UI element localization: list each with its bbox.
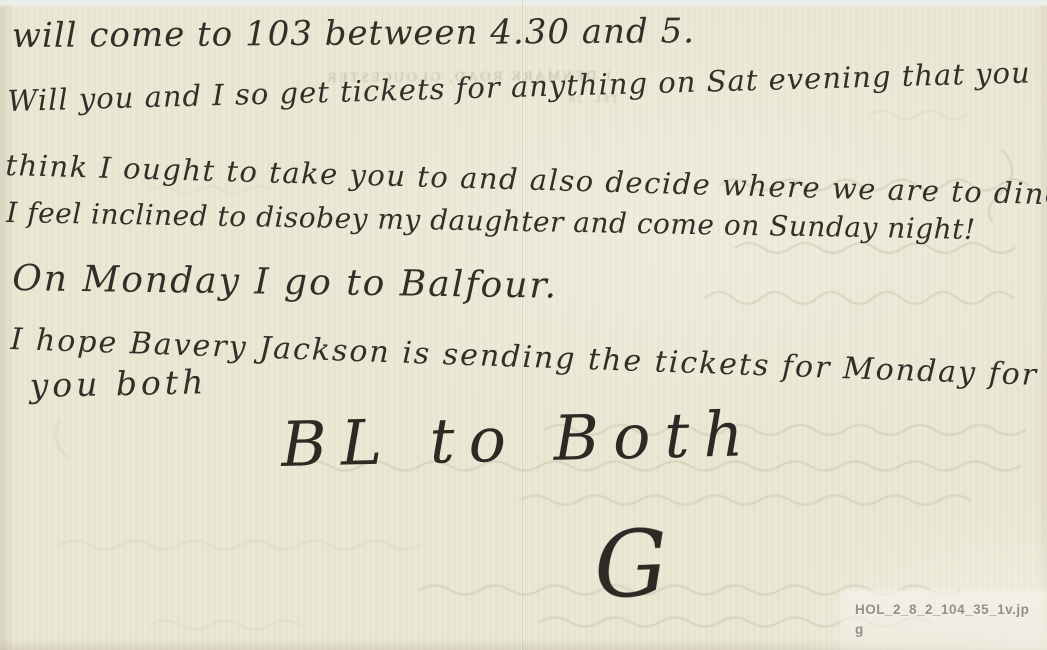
handwritten-line: you both [29, 362, 208, 405]
signoff-line: BL to Both [280, 397, 758, 481]
letter-scan-page: 1 DENMARK ROAD, GLOUCESTER TEL. 28 will … [0, 0, 1047, 650]
signature-initial: G [592, 510, 669, 619]
filename-overlay: HOL_2_8_2_104_35_1v.jpg [855, 600, 1035, 641]
handwritten-line: will come to 103 between 4.30 and 5. [12, 11, 695, 56]
handwritten-line: On Monday I go to Balfour. [12, 258, 558, 307]
